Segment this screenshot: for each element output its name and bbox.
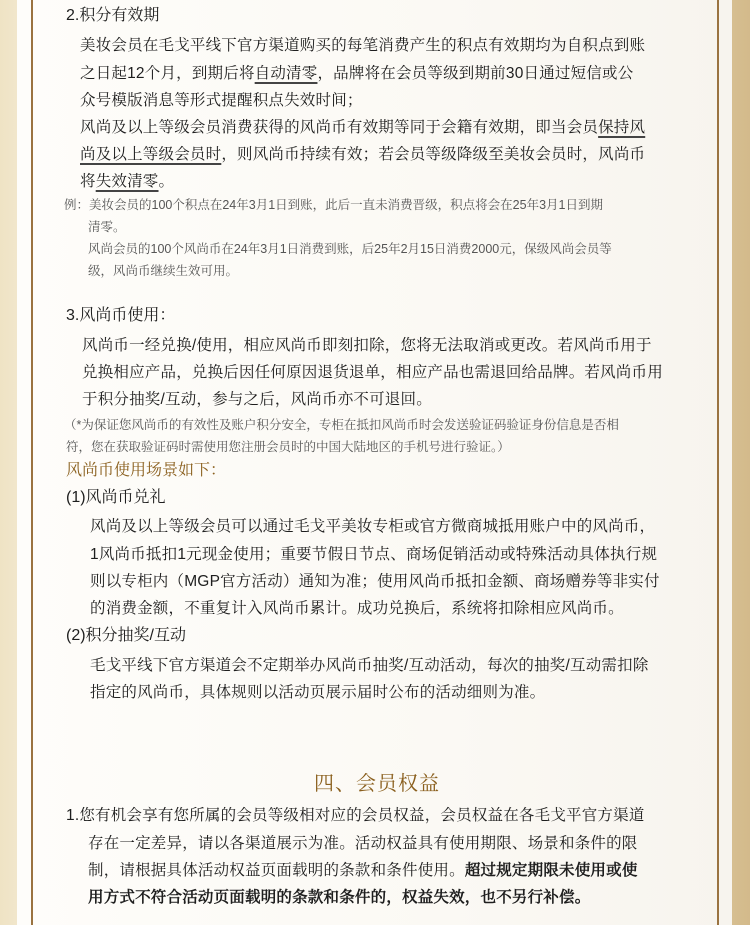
paragraph-line: 1.您有机会享有您所属的会员等级相对应的会员权益，会员权益在各毛戈平官方渠道 xyxy=(66,806,645,826)
paragraph-line: 风尚币一经兑换/使用，相应风尚币即刻扣除，您将无法取消或更改。若风尚币用于 xyxy=(82,336,652,356)
bold-text: 超过规定期限未使用或使 xyxy=(465,862,638,879)
paragraph-line: 美妆会员在毛戈平线下官方渠道购买的每笔消费产生的积点有效期均为自积点到账 xyxy=(80,36,645,56)
section-title-member-benefits: 四、会员权益 xyxy=(314,772,440,796)
paragraph-line: 风尚及以上等级会员消费获得的风尚币有效期等同于会籍有效期，即当会员保持风 xyxy=(80,118,645,138)
paragraph-line: 将失效清零。 xyxy=(80,172,174,192)
paragraph-line: 则以专柜内（MGP官方活动）通知为准；使用风尚币抵扣金额、商场赠券等非实付 xyxy=(90,572,660,592)
paragraph-line: 毛戈平线下官方渠道会不定期举办风尚币抽奖/互动活动，每次的抽奖/互动需扣除 xyxy=(90,656,649,676)
usage-scenes-heading: 风尚币使用场景如下： xyxy=(66,461,226,481)
left-border-line xyxy=(31,0,33,925)
underlined-text: 尚及以上等级会员时 xyxy=(80,146,221,163)
paragraph-line-bold: 用方式不符合活动页面载明的条款和条件的，权益失效，也不另行补偿。 xyxy=(88,888,590,908)
scene-heading-redeem-gift: (1)风尚币兑礼 xyxy=(66,488,166,508)
example-note-line: 风尚会员的100个风尚币在24年3月1日消费到账，后25年2月15日消费2000… xyxy=(88,241,612,257)
scene-heading-lottery-interaction: (2)积分抽奖/互动 xyxy=(66,626,186,646)
right-border-line xyxy=(717,0,719,925)
paragraph-line: 之日起12个月，到期后将自动清零，品牌将在会员等级到期前30日通过短信或公 xyxy=(80,64,633,84)
section-heading-points-validity: 2.积分有效期 xyxy=(66,6,159,26)
paragraph-line: 尚及以上等级会员时，则风尚币持续有效；若会员等级降级至美妆会员时，风尚币 xyxy=(80,145,645,165)
underlined-text: 自动清零 xyxy=(255,65,318,82)
verification-note-line: 符，您在获取验证码时需使用您注册会员时的中国大陆地区的手机号进行验证。） xyxy=(66,439,510,455)
paragraph-line: 风尚及以上等级会员可以通过毛戈平美妆专柜或官方微商城抵用账户中的风尚币， xyxy=(90,517,655,537)
paragraph-line: 制，请根据具体活动权益页面载明的条款和条件使用。超过规定期限未使用或使 xyxy=(88,861,638,881)
paragraph-line: 1风尚币抵扣1元现金使用；重要节假日节点、商场促销活动或特殊活动具体执行规 xyxy=(90,545,657,565)
example-note-line: 清零。 xyxy=(88,219,126,235)
verification-note-line: （*为保证您风尚币的有效性及账户积分安全，专柜在抵扣风尚币时会发送验证码验证身份… xyxy=(64,417,619,433)
paragraph-line: 指定的风尚币，具体规则以活动页展示届时公布的活动细则为准。 xyxy=(90,683,545,703)
underlined-text: 保持风 xyxy=(598,119,645,136)
section-heading-coin-usage: 3.风尚币使用： xyxy=(66,306,175,326)
paragraph-line: 众号模版消息等形式提醒积点失效时间； xyxy=(80,91,363,111)
paragraph-line: 的消费金额，不重复计入风尚币累计。成功兑换后，系统将扣除相应风尚币。 xyxy=(90,599,624,619)
paragraph-line: 于积分抽奖/互动，参与之后，风尚币亦不可退回。 xyxy=(82,390,432,410)
example-note-line: 级，风尚币继续生效可用。 xyxy=(88,263,238,279)
paragraph-line: 存在一定差异，请以各渠道展示为准。活动权益具有使用期限、场景和条件的限 xyxy=(88,834,638,854)
underlined-text: 失效清零 xyxy=(96,173,159,190)
paragraph-line: 兑换相应产品，兑换后因任何原因退货退单，相应产品也需退回给品牌。若风尚币用 xyxy=(82,363,663,383)
example-note-line: 例：美妆会员的100个积点在24年3月1日到账，此后一直未消费晋级，积点将会在2… xyxy=(64,197,603,213)
